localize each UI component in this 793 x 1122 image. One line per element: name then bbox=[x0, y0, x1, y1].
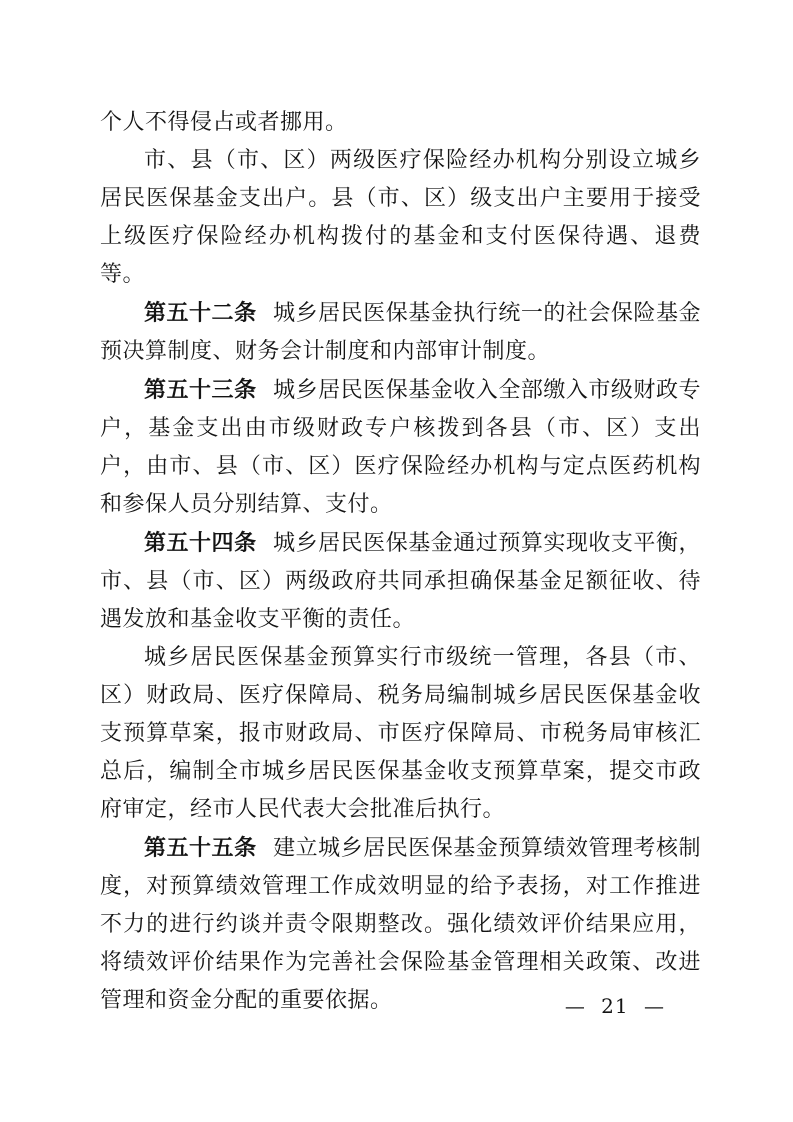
paragraph: 市、县（市、区）两级医疗保险经办机构分别设立城乡居民医保基金支出户。县（市、区）… bbox=[100, 142, 701, 294]
page-footer: — 21 — bbox=[565, 992, 665, 1020]
paragraph: 第五十四条城乡居民医保基金通过预算实现收支平衡，市、县（市、区）两级政府共同承担… bbox=[100, 524, 701, 639]
paragraph: 城乡居民医保基金预算实行市级统一管理，各县（市、区）财政局、医疗保障局、税务局编… bbox=[100, 639, 701, 829]
document-body: 个人不得侵占或者挪用。 市、县（市、区）两级医疗保险经办机构分别设立城乡居民医保… bbox=[100, 104, 701, 1020]
paragraph: 个人不得侵占或者挪用。 bbox=[100, 104, 701, 142]
article-number: 第五十五条 bbox=[144, 835, 257, 861]
paragraph-text: 建立城乡居民医保基金预算绩效管理考核制度，对预算绩效管理工作成效明显的给予表扬，… bbox=[100, 836, 701, 1013]
paragraph-text: 市、县（市、区）两级医疗保险经办机构分别设立城乡居民医保基金支出户。县（市、区）… bbox=[100, 148, 701, 287]
paragraph-text: 个人不得侵占或者挪用。 bbox=[100, 110, 348, 135]
paragraph: 第五十二条城乡居民医保基金执行统一的社会保险基金预决算制度、财务会计制度和内部审… bbox=[100, 294, 701, 371]
document-page: 个人不得侵占或者挪用。 市、县（市、区）两级医疗保险经办机构分别设立城乡居民医保… bbox=[0, 0, 793, 1122]
article-number: 第五十二条 bbox=[144, 300, 257, 326]
paragraph: 第五十三条城乡居民医保基金收入全部缴入市级财政专户，基金支出由市级财政专户核拨到… bbox=[100, 371, 701, 524]
paragraph-text: 城乡居民医保基金预算实行市级统一管理，各县（市、区）财政局、医疗保障局、税务局编… bbox=[100, 645, 701, 822]
page-number: — 21 — bbox=[565, 994, 665, 1018]
article-number: 第五十三条 bbox=[144, 377, 257, 403]
article-number: 第五十四条 bbox=[144, 530, 257, 556]
